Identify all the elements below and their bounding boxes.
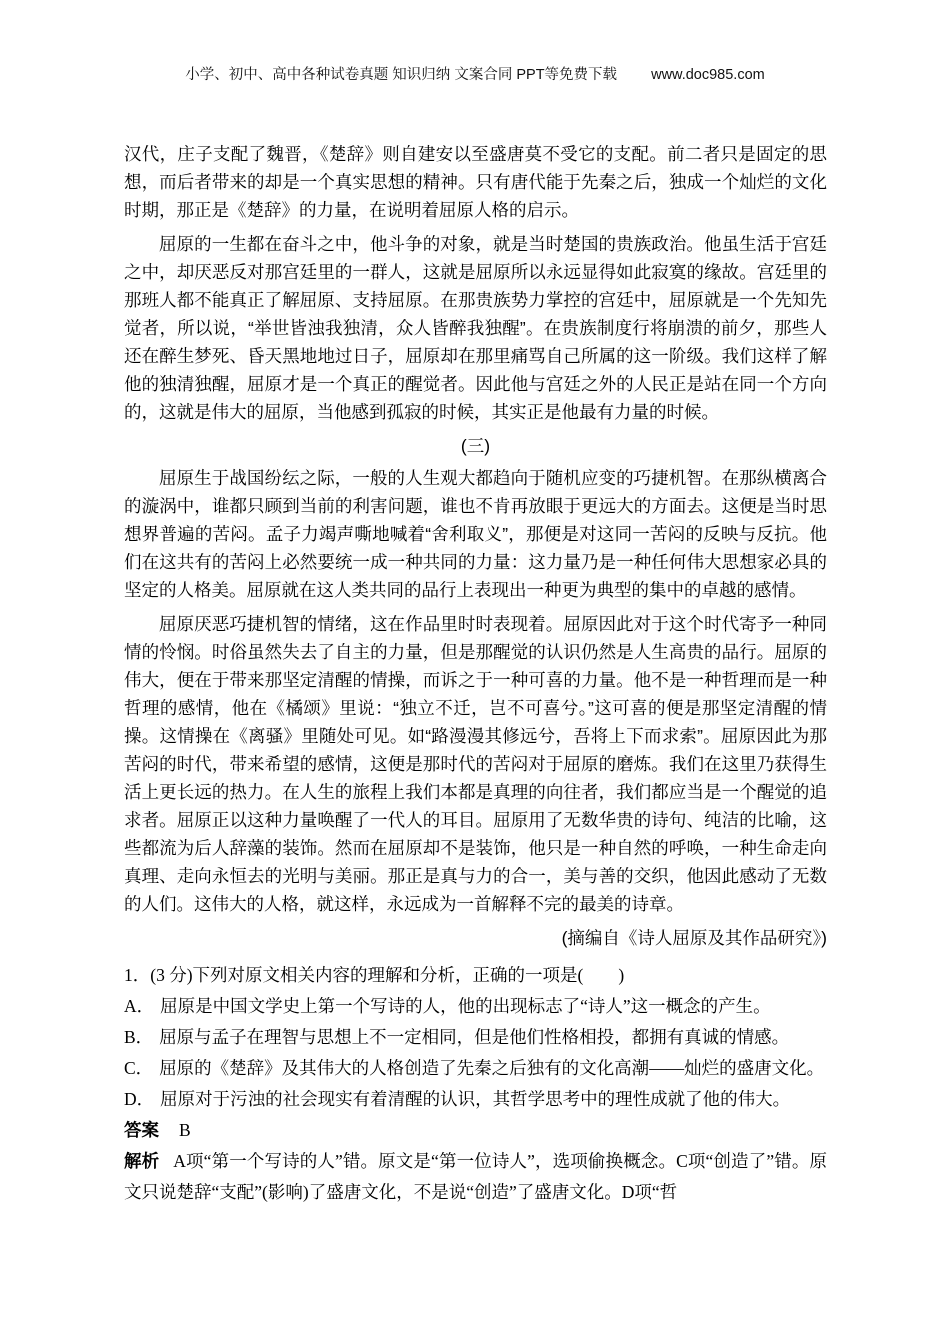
passage-attribution: (摘编自《诗人屈原及其作品研究》) <box>124 924 827 952</box>
option-d: D．屈原对于污浊的社会现实有着清醒的认识，其哲学思考中的理性成就了他的伟大。 <box>124 1084 827 1115</box>
section-heading-three: (三) <box>124 432 827 460</box>
option-a-label: A． <box>124 996 154 1016</box>
page-header: 小学、初中、高中各种试卷真题 知识归纳 文案合同 PPT等免费下载 www.do… <box>0 63 950 84</box>
passage-paragraph-4: 屈原厌恶巧捷机智的情绪，这在作品里时时表现着。屈原因此对于这个时代寄予一种同情的… <box>124 610 827 918</box>
answer-label: 答案 <box>124 1120 159 1140</box>
option-c: C．屈原的《楚辞》及其伟大的人格创造了先秦之后独有的文化高潮——灿烂的盛唐文化。 <box>124 1053 827 1084</box>
option-b-label: B． <box>124 1027 153 1047</box>
option-d-label: D． <box>124 1089 154 1109</box>
option-b: B．屈原与孟子在理智与思想上不一定相同，但是他们性格相投，都拥有真诚的情感。 <box>124 1022 827 1053</box>
option-d-text: 屈原对于污浊的社会现实有着清醒的认识，其哲学思考中的理性成就了他的伟大。 <box>160 1089 790 1109</box>
analysis-line: 解析A项“第一个写诗的人”错。原文是“第一位诗人”，选项偷换概念。C项“创造了”… <box>124 1146 827 1208</box>
option-a-text: 屈原是中国文学史上第一个写诗的人，他的出现标志了“诗人”这一概念的产生。 <box>160 996 771 1016</box>
passage-paragraph-3: 屈原生于战国纷纭之际，一般的人生观大都趋向于随机应变的巧捷机智。在那纵横离合的漩… <box>124 464 827 604</box>
option-b-text: 屈原与孟子在理智与思想上不一定相同，但是他们性格相投，都拥有真诚的情感。 <box>159 1027 789 1047</box>
question-stem: 1．(3 分)下列对原文相关内容的理解和分析，正确的一项是( ) <box>124 960 827 991</box>
header-catalog-text: 小学、初中、高中各种试卷真题 知识归纳 文案合同 PPT等免费下载 <box>185 67 617 83</box>
answer-line: 答案B <box>124 1115 827 1146</box>
passage-paragraph-2: 屈原的一生都在奋斗之中，他斗争的对象，就是当时楚国的贵族政治。他虽生活于宫廷之中… <box>124 230 827 426</box>
document-page: 小学、初中、高中各种试卷真题 知识归纳 文案合同 PPT等免费下载 www.do… <box>0 0 950 1344</box>
option-c-label: C． <box>124 1058 153 1078</box>
passage-content: 汉代，庄子支配了魏晋，《楚辞》则自建安以至盛唐莫不受它的支配。前二者只是固定的思… <box>124 140 827 1208</box>
option-c-text: 屈原的《楚辞》及其伟大的人格创造了先秦之后独有的文化高潮——灿烂的盛唐文化。 <box>159 1058 824 1078</box>
passage-paragraph-1: 汉代，庄子支配了魏晋，《楚辞》则自建安以至盛唐莫不受它的支配。前二者只是固定的思… <box>124 140 827 224</box>
option-a: A．屈原是中国文学史上第一个写诗的人，他的出现标志了“诗人”这一概念的产生。 <box>124 991 827 1022</box>
site-url-text: www.doc985.com <box>651 67 765 83</box>
answer-value: B <box>179 1120 191 1140</box>
analysis-label: 解析 <box>124 1151 159 1171</box>
analysis-text: A项“第一个写诗的人”错。原文是“第一位诗人”，选项偷换概念。C项“创造了”错。… <box>124 1151 827 1202</box>
question-block: 1．(3 分)下列对原文相关内容的理解和分析，正确的一项是( ) A．屈原是中国… <box>124 960 827 1208</box>
